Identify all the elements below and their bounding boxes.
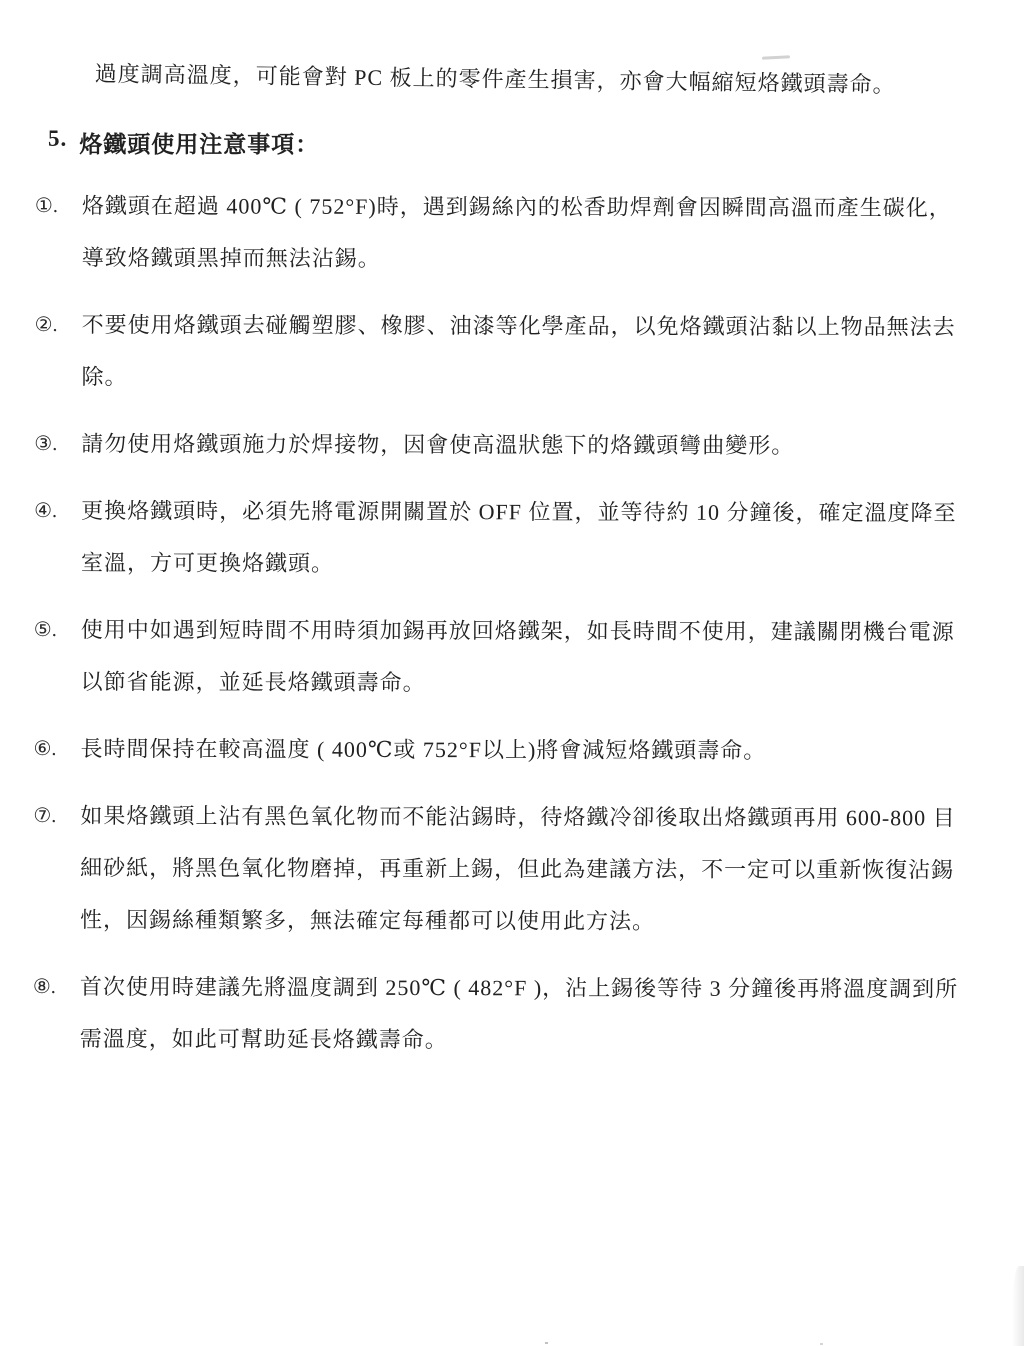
- intro-paragraph-continuation: 過度調高溫度，可能會對 PC 板上的零件產生損害，亦會大幅縮短烙鐵頭壽命。: [95, 58, 985, 102]
- note-marker: ③.: [34, 418, 81, 470]
- note-text: 長時間保持在較高溫度 ( 400℃或 752°F以上)將會減短烙鐵頭壽命。: [80, 723, 969, 777]
- note-marker: ①.: [35, 180, 82, 232]
- note-marker: ⑥.: [33, 723, 80, 775]
- note-item: ⑤. 使用中如遇到短時間不用時須加錫再放回烙鐵架，如長時間不使用，建議關閉機台電…: [34, 604, 970, 710]
- note-item: ④. 更換烙鐵頭時，必須先將電源開關置於 OFF 位置，並等待約 10 分鐘後，…: [34, 485, 970, 591]
- scan-artifact-dot: [820, 1343, 823, 1345]
- section-heading: 5. 烙鐵頭使用注意事項：: [48, 126, 319, 159]
- note-text: 請勿使用烙鐵頭施力於焊接物，因會使高溫狀態下的烙鐵頭彎曲變形。: [81, 418, 970, 472]
- scan-artifact-dot: [545, 1342, 548, 1344]
- section-title: 烙鐵頭使用注意事項：: [79, 126, 319, 159]
- note-marker: ②.: [35, 299, 82, 351]
- note-item: ⑧. 首次使用時建議先將溫度調到 250℃ ( 482°F )，沾上錫後等待 3…: [33, 961, 969, 1067]
- note-item: ③. 請勿使用烙鐵頭施力於焊接物，因會使高溫狀態下的烙鐵頭彎曲變形。: [34, 418, 970, 472]
- note-item: ⑦. 如果烙鐵頭上沾有黑色氧化物而不能沾錫時，待烙鐵冷卻後取出烙鐵頭再用 600…: [33, 790, 969, 948]
- scan-artifact-corner-shadow: [1012, 1266, 1024, 1346]
- scanned-document-page: 過度調高溫度，可能會對 PC 板上的零件產生損害，亦會大幅縮短烙鐵頭壽命。 5.…: [0, 0, 1024, 1346]
- note-text: 烙鐵頭在超過 400℃ ( 752°F)時，遇到錫絲內的松香助焊劑會因瞬間高溫而…: [82, 180, 971, 286]
- note-text: 更換烙鐵頭時，必須先將電源開關置於 OFF 位置，並等待約 10 分鐘後，確定溫…: [81, 485, 970, 591]
- note-text: 如果烙鐵頭上沾有黑色氧化物而不能沾錫時，待烙鐵冷卻後取出烙鐵頭再用 600-80…: [80, 790, 969, 948]
- note-text: 使用中如遇到短時間不用時須加錫再放回烙鐵架，如長時間不使用，建議關閉機台電源以節…: [81, 604, 970, 710]
- section-number: 5.: [48, 126, 67, 159]
- note-item: ①. 烙鐵頭在超過 400℃ ( 752°F)時，遇到錫絲內的松香助焊劑會因瞬間…: [35, 180, 971, 286]
- notes-list: ①. 烙鐵頭在超過 400℃ ( 752°F)時，遇到錫絲內的松香助焊劑會因瞬間…: [33, 180, 971, 1082]
- scan-artifact-smudge: [762, 55, 790, 59]
- note-text: 不要使用烙鐵頭去碰觸塑膠、橡膠、油漆等化學產品，以免烙鐵頭沾黏以上物品無法去除。: [81, 299, 970, 405]
- note-marker: ④.: [34, 485, 81, 537]
- note-marker: ⑦.: [33, 790, 80, 842]
- note-marker: ⑤.: [34, 604, 81, 656]
- note-item: ②. 不要使用烙鐵頭去碰觸塑膠、橡膠、油漆等化學產品，以免烙鐵頭沾黏以上物品無法…: [34, 299, 970, 405]
- note-item: ⑥. 長時間保持在較高溫度 ( 400℃或 752°F以上)將會減短烙鐵頭壽命。: [33, 723, 969, 777]
- note-marker: ⑧.: [33, 961, 80, 1013]
- note-text: 首次使用時建議先將溫度調到 250℃ ( 482°F )，沾上錫後等待 3 分鐘…: [80, 961, 969, 1067]
